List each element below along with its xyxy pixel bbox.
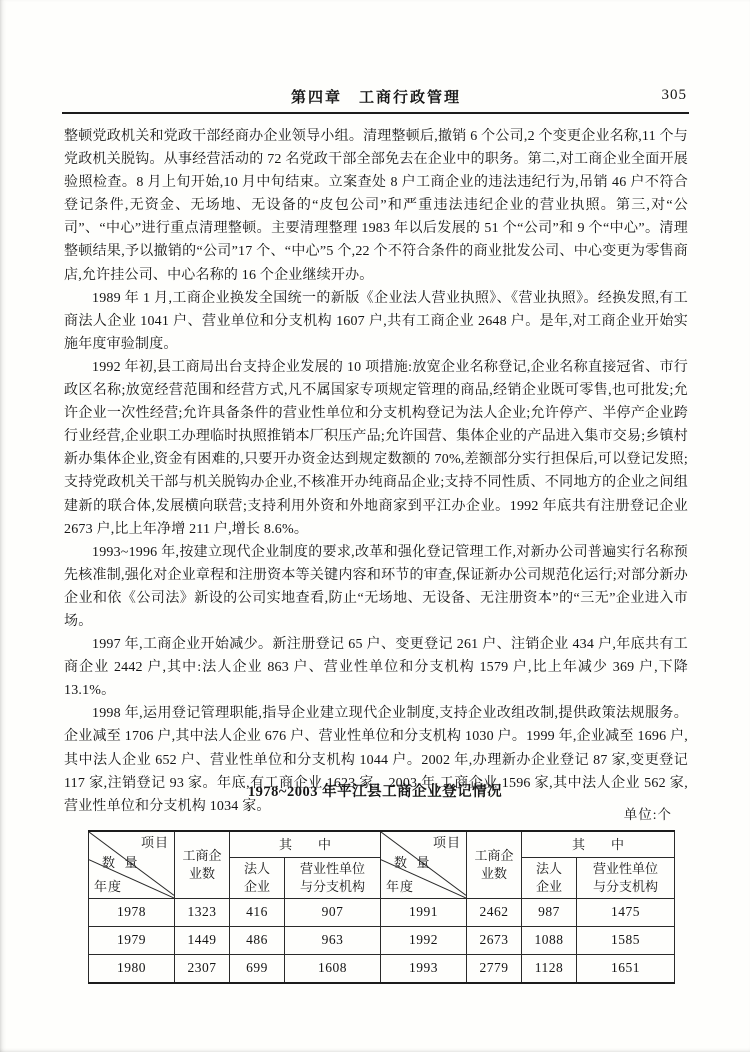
page-number: 305 xyxy=(662,87,688,104)
branch-cell: 963 xyxy=(285,927,381,955)
total-cell: 2779 xyxy=(467,955,522,984)
running-head: 第四章 工商行政管理 305 xyxy=(63,86,689,106)
legal-cell: 699 xyxy=(230,955,285,984)
table-row: 1980 2307 699 1608 1993 2779 1128 1651 xyxy=(89,955,675,984)
paragraph-continuation: 整顿党政机关和党政干部经商办企业领导小组。清理整顿后,撤销 6 个公司,2 个变… xyxy=(64,125,688,287)
table-row: 1979 1449 486 963 1992 2673 1088 1585 xyxy=(89,927,675,955)
branch-cell: 1475 xyxy=(577,899,675,927)
year-cell: 1993 xyxy=(381,955,467,984)
branch-cell: 1585 xyxy=(577,927,675,955)
chapter-title: 第四章 工商行政管理 xyxy=(63,86,689,107)
year-cell: 1978 xyxy=(89,899,175,927)
diagonal-header-wrap: 项目 数 量 年度 xyxy=(89,832,174,898)
header-total-enterprises-right: 工商企业数 xyxy=(467,831,522,899)
table-row: 1978 1323 416 907 1991 2462 987 1475 xyxy=(89,899,675,927)
total-cell: 2673 xyxy=(467,927,522,955)
branch-cell: 1608 xyxy=(285,955,381,984)
year-cell: 1979 xyxy=(89,927,175,955)
total-cell: 1449 xyxy=(175,927,230,955)
diagonal-header-cell-right: 项目 数 量 年度 xyxy=(381,831,467,899)
header-among-which-right: 其 中 xyxy=(522,831,675,858)
table-title: 1978~2003 年平江县工商企业登记情况 xyxy=(0,780,750,801)
diag-label-item: 项目 xyxy=(141,834,169,852)
header-among-which-left: 其 中 xyxy=(230,831,381,858)
registration-table: 项目 数 量 年度 工商企业数 其 中 项目 数 量 xyxy=(88,830,675,984)
total-cell: 1323 xyxy=(175,899,230,927)
year-cell: 1991 xyxy=(381,899,467,927)
body-text: 整顿党政机关和党政干部经商办企业领导小组。清理整顿后,撤销 6 个公司,2 个变… xyxy=(64,125,688,818)
diag-label-quantity: 数 量 xyxy=(394,854,431,872)
diag-label-year: 年度 xyxy=(386,878,414,896)
diag-label-year: 年度 xyxy=(94,878,122,896)
legal-cell: 1128 xyxy=(522,955,577,984)
diagonal-header-wrap: 项目 数 量 年度 xyxy=(381,832,466,898)
branch-cell: 907 xyxy=(285,899,381,927)
paragraph-1989: 1989 年 1 月,工商企业换发全国统一的新版《企业法人营业执照》、《营业执照… xyxy=(64,287,688,356)
header-total-enterprises-left: 工商企业数 xyxy=(175,831,230,899)
legal-cell: 486 xyxy=(230,927,285,955)
total-cell: 2462 xyxy=(467,899,522,927)
table-unit-label: 单位:个 xyxy=(88,803,672,823)
diag-label-item: 项目 xyxy=(433,834,461,852)
legal-cell: 416 xyxy=(230,899,285,927)
total-cell: 2307 xyxy=(175,955,230,984)
legal-cell: 987 xyxy=(522,899,577,927)
paragraph-1993-1996: 1993~1996 年,按建立现代企业制度的要求,改革和强化登记管理工作,对新办… xyxy=(64,541,688,633)
table-header: 项目 数 量 年度 工商企业数 其 中 项目 数 量 xyxy=(89,831,675,899)
header-legal-person-right: 法人企业 xyxy=(522,858,577,899)
header-rule xyxy=(62,112,689,114)
year-cell: 1992 xyxy=(381,927,467,955)
paragraph-1992: 1992 年初,县工商局出台支持企业发展的 10 项措施:放宽企业名称登记,企业… xyxy=(64,356,688,541)
year-cell: 1980 xyxy=(89,955,175,984)
header-business-branch-left: 营业性单位与分支机构 xyxy=(285,858,381,899)
header-legal-person-left: 法人企业 xyxy=(230,858,285,899)
paragraph-1997: 1997 年,工商企业开始减少。新注册登记 65 户、变更登记 261 户、注销… xyxy=(64,633,688,702)
table-body: 1978 1323 416 907 1991 2462 987 1475 197… xyxy=(89,899,675,984)
book-page: 第四章 工商行政管理 305 整顿党政机关和党政干部经商办企业领导小组。清理整顿… xyxy=(0,0,750,1052)
header-business-branch-right: 营业性单位与分支机构 xyxy=(577,858,675,899)
diag-label-quantity: 数 量 xyxy=(102,854,139,872)
branch-cell: 1651 xyxy=(577,955,675,984)
legal-cell: 1088 xyxy=(522,927,577,955)
diagonal-header-cell-left: 项目 数 量 年度 xyxy=(89,831,175,899)
